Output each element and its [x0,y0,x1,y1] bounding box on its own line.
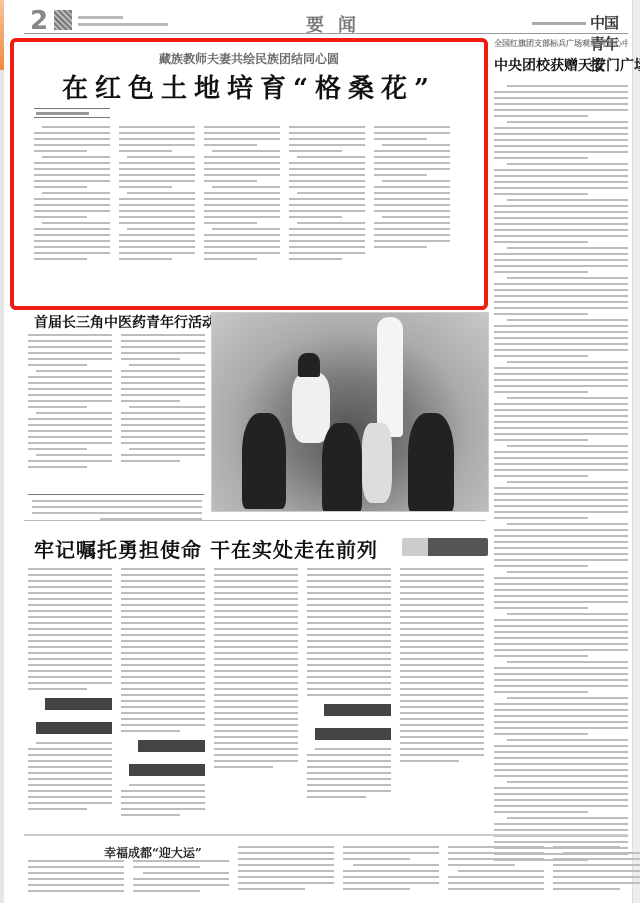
section-divider [24,520,486,521]
lead-headline: 在红色土地培育“格桑花” [14,68,484,105]
masthead: 2 要闻 中国青年报 [24,8,628,34]
lead-kicker: 藏族教师夫妻共绘民族团结同心圆 [14,50,484,67]
right-kicker: 全国红旗团支部标兵广场观礼同学心中 [494,38,628,49]
second-body [28,334,205,468]
subheading [138,740,205,752]
window-edge-accent [0,0,4,70]
subheading [324,704,391,716]
issue-date [532,22,586,25]
qr-code-icon [54,10,72,30]
surfboard [377,317,403,437]
window-edge [0,70,4,903]
lead-article-highlight[interactable]: 藏族教师夫妻共绘民族团结同心圆 在红色土地培育“格桑花” [10,38,488,310]
newspaper-page: 2 要闻 中国青年报 藏族教师夫妻共绘民族团结同心圆 在红色土地培育“格桑花” [24,8,628,898]
right-headline: 中央团校获赠天安门广场国旗 [494,55,628,75]
right-body [494,85,628,861]
bottom-divider [24,834,628,836]
photo-caption [32,500,202,520]
subheading [45,698,112,710]
third-body [28,568,484,816]
scrollbar[interactable] [632,0,640,903]
byline [34,108,110,118]
section-name: 要闻 [306,11,370,37]
photo-caption-rule [28,494,204,495]
bottom-headline: 幸福成都“迎大运” [104,844,202,861]
third-headline: 牢记嘱托勇担使命 干在实处走在前列 [34,534,378,563]
bottom-body [28,860,640,892]
lead-body [34,126,450,260]
editor-info [78,16,168,30]
page-number: 2 [30,8,48,34]
column-logo [402,538,488,556]
right-article: 全国红旗团支部标兵广场观礼同学心中 中央团校获赠天安门广场国旗 [494,38,628,861]
news-photo[interactable] [211,312,489,512]
